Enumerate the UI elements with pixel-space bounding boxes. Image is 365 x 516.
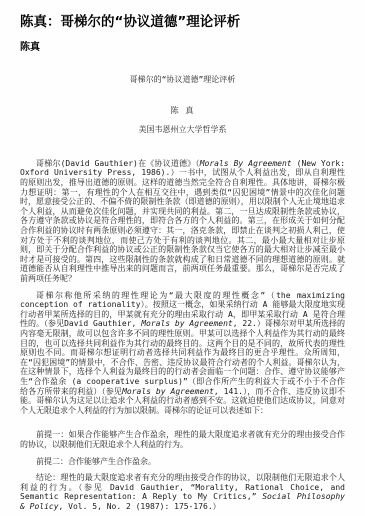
document-affiliation: 美国韦恩州立大学哲学系 — [20, 124, 345, 135]
author-byline: 陈真 — [20, 38, 345, 53]
document-title: 哥梯尔的“协议道德”理论评析 — [20, 74, 345, 85]
paragraph-premise-2: 前提二：合作能够产生合作盈余。 — [20, 457, 345, 467]
document-author: 陈 真 — [20, 105, 345, 116]
document-page: 陈真：哥梯尔的“协议道德”理论评析 陈真 哥梯尔的“协议道德”理论评析 陈 真 … — [0, 0, 365, 516]
article-body: 哥梯尔(David Gauthier)在《协议道德》（Morals By Agr… — [20, 159, 345, 512]
paragraph-intro: 哥梯尔(David Gauthier)在《协议道德》（Morals By Agr… — [20, 159, 345, 284]
page-heading: 陈真：哥梯尔的“协议道德”理论评析 — [20, 14, 345, 31]
paragraph-premise-1: 前提一：如果合作能够产生合作盈余，理性的最大限度追求者就有充分的理由接受合作的协… — [20, 430, 345, 449]
paragraph-rationality: 哥梯尔称他所采纳的理性理论为“最大限度的理性概念”（the maximizing… — [20, 291, 345, 416]
paragraph-conclusion: 结论：理性的最大限度追求者有充分的理由接受合作的协议，以限制他们无限追求个人利益… — [20, 473, 345, 511]
